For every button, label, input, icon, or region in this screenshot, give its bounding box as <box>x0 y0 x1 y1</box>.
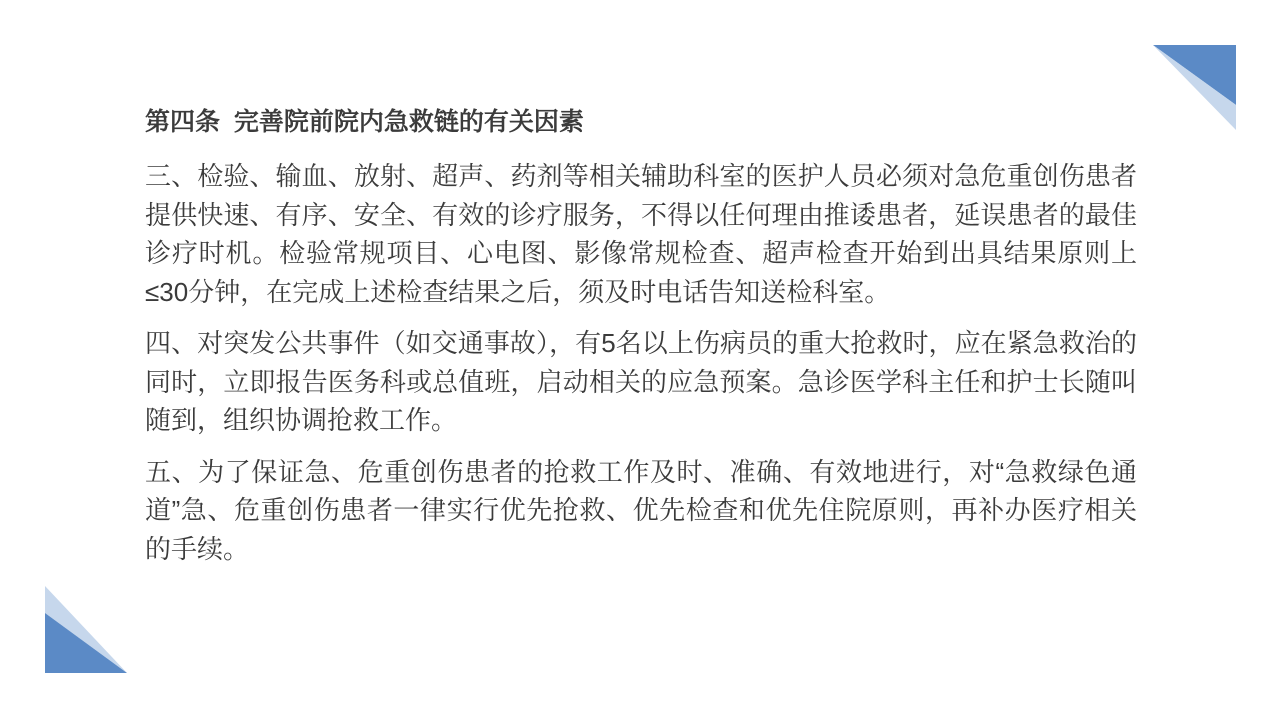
slide: 第四条 完善院前院内急救链的有关因素 三、检验、输血、放射、超声、药剂等相关辅助… <box>0 0 1280 720</box>
slide-content: 第四条 完善院前院内急救链的有关因素 三、检验、输血、放射、超声、药剂等相关辅助… <box>145 104 1137 581</box>
paragraph-article-3: 三、检验、输血、放射、超声、药剂等相关辅助科室的医护人员必须对急危重创伤患者提供… <box>145 157 1137 311</box>
paragraph-article-4: 四、对突发公共事件（如交通事故），有5名以上伤病员的重大抢救时，应在紧急救治的同… <box>145 324 1137 440</box>
corner-decoration-bottom-left <box>45 586 127 673</box>
corner-decoration-top-right <box>1153 45 1236 130</box>
slide-title: 第四条 完善院前院内急救链的有关因素 <box>145 104 1137 141</box>
triangle-dark-icon <box>45 613 127 673</box>
paragraph-article-5: 五、为了保证急、危重创伤患者的抢救工作及时、准确、有效地进行，对“急救绿色通道”… <box>145 453 1137 569</box>
